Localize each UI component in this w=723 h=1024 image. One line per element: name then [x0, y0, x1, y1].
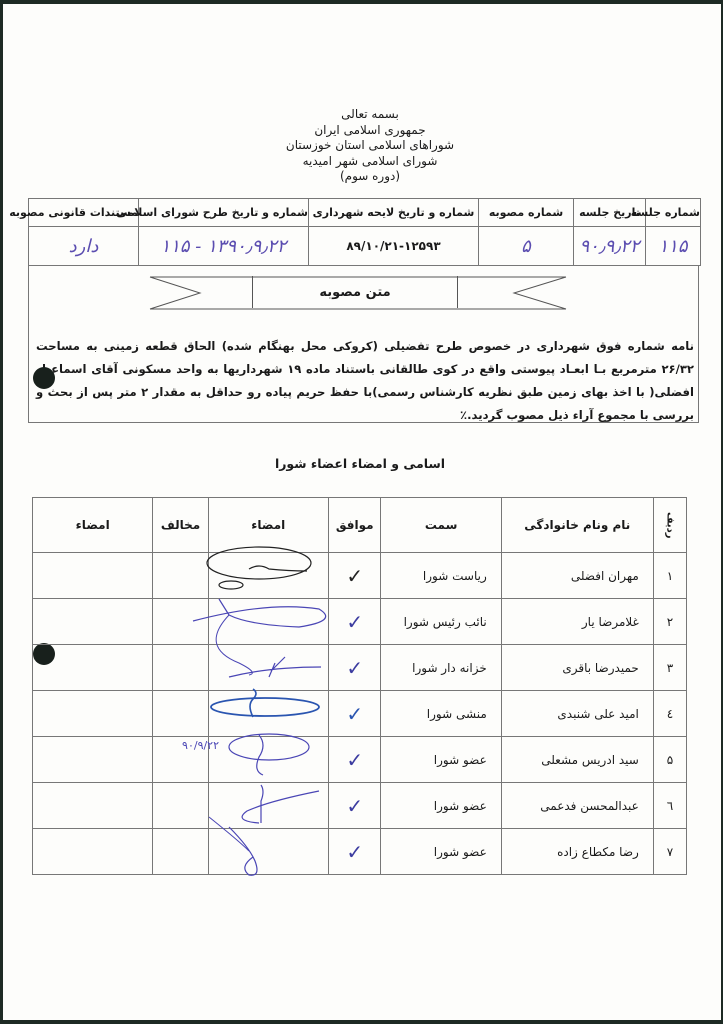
- row-number: ۳: [653, 645, 686, 691]
- meta-council-plan: ۱۳۹۰٫۹٫۲۲ - ۱۱۵: [139, 227, 309, 266]
- letterhead-line: جمهوری اسلامی ایران: [240, 123, 500, 139]
- disagree-signature-cell: [33, 599, 153, 645]
- table-row: ۲ غلامرضا یار نائب رئیس شورا ✓: [33, 599, 687, 645]
- member-name: امید علی شنبدی: [501, 691, 653, 737]
- col-header-full-name: نام ونام خانوادگی: [501, 498, 653, 553]
- table-row: ۵ سید ادریس مشعلی عضو شورا ✓ ۹۰/۹/۲۲: [33, 737, 687, 783]
- letterhead-line: (دوره سوم): [240, 169, 500, 185]
- meta-municipal-bill: ۸۹/۱۰/۲۱-۱۲۵۹۳: [309, 227, 479, 266]
- signature-date: ۹۰/۹/۲۲: [182, 739, 219, 752]
- table-row: ٦ عبدالمحسن فدعمی عضو شورا ✓: [33, 783, 687, 829]
- member-position: عضو شورا: [381, 737, 501, 783]
- disagree-signature-cell: [33, 645, 153, 691]
- meta-header-resolution-number: شماره مصوبه: [479, 199, 574, 227]
- meta-header-session-number: شماره جلسه: [646, 199, 701, 227]
- disagree-signature-cell: [33, 783, 153, 829]
- resolution-title: متن مصوبه: [252, 276, 458, 308]
- table-row: ۷ رضا مکطاع زاده عضو شورا ✓: [33, 829, 687, 875]
- member-name: مهران افضلی: [501, 553, 653, 599]
- member-name: رضا مکطاع زاده: [501, 829, 653, 875]
- members-title: اسامی و امضاء اعضاء شورا: [230, 456, 490, 471]
- letterhead-line: بسمه تعالی: [240, 107, 500, 123]
- col-header-position: سمت: [381, 498, 501, 553]
- disagree-signature-cell: [33, 829, 153, 875]
- punch-hole-icon: [33, 367, 55, 389]
- row-number: ۵: [653, 737, 686, 783]
- letterhead-line: شوراهای اسلامی استان خوزستان: [240, 138, 500, 154]
- meta-session-number: ۱۱۵: [646, 227, 701, 266]
- row-number: ۲: [653, 599, 686, 645]
- meta-header-council-plan: شماره و تاریخ طرح شورای اسلامی: [139, 199, 309, 227]
- member-name: حمیدرضا باقری: [501, 645, 653, 691]
- member-position: نائب رئیس شورا: [381, 599, 501, 645]
- disagree-signature-cell: [33, 737, 153, 783]
- row-number: ٦: [653, 783, 686, 829]
- disagree-signature-cell: [33, 553, 153, 599]
- table-row: ۳ حمیدرضا باقری خزانه دار شورا ✓: [33, 645, 687, 691]
- meta-session-date: ۹۰٫۹٫۲۲: [574, 227, 646, 266]
- meta-resolution-number: ۵: [479, 227, 574, 266]
- meta-legal-basis: دارد: [29, 227, 139, 266]
- table-row: ٤ امید علی شنبدی منشی شورا ✓: [33, 691, 687, 737]
- disagree-signature-cell: [33, 691, 153, 737]
- meta-header-session-date: تاریخ جلسه: [574, 199, 646, 227]
- row-number: ۱: [653, 553, 686, 599]
- member-position: عضو شورا: [381, 829, 501, 875]
- member-name: سید ادریس مشعلی: [501, 737, 653, 783]
- member-position: ریاست شورا: [381, 553, 501, 599]
- letterhead-line: شورای اسلامی شهر امیدیه: [240, 154, 500, 170]
- col-header-row-number: ردیف: [653, 498, 686, 553]
- members-table: ردیف نام ونام خانوادگی سمت موافق امضاء م…: [32, 497, 687, 875]
- meta-header-legal-basis: مستندات قانونی مصوبه: [29, 199, 139, 227]
- col-header-disagree-signature: امضاء: [33, 498, 153, 553]
- session-meta-table: شماره جلسه تاریخ جلسه شماره مصوبه شماره …: [28, 198, 701, 266]
- member-position: عضو شورا: [381, 783, 501, 829]
- member-name: عبدالمحسن فدعمی: [501, 783, 653, 829]
- col-header-agree: موافق: [328, 498, 381, 553]
- signature-icon: [189, 817, 339, 887]
- signature-cell: [208, 829, 328, 875]
- member-name: غلامرضا یار: [501, 599, 653, 645]
- row-number: ٤: [653, 691, 686, 737]
- meta-header-municipal-bill: شماره و تاریخ لایحه شهرداری: [309, 199, 479, 227]
- member-position: منشی شورا: [381, 691, 501, 737]
- letterhead: بسمه تعالی جمهوری اسلامی ایران شوراهای ا…: [240, 107, 500, 185]
- member-position: خزانه دار شورا: [381, 645, 501, 691]
- table-row: ۱ مهران افضلی ریاست شورا ✓: [33, 553, 687, 599]
- row-number: ۷: [653, 829, 686, 875]
- resolution-body: نامه شماره فوق شهرداری در خصوص طرح تفضیل…: [36, 335, 694, 427]
